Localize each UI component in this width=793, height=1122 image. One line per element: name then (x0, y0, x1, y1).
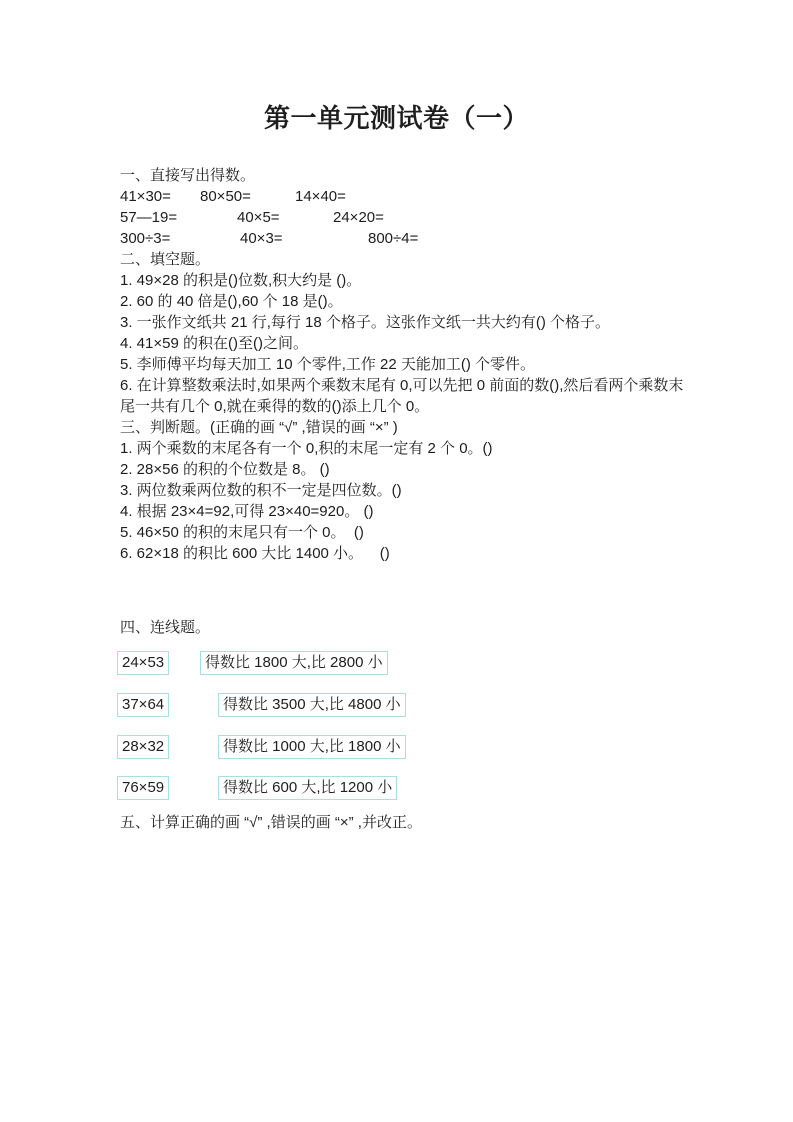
judge-item: 4. 根据 23×4=92,可得 23×40=920。 () (120, 501, 685, 522)
judge-item: 2. 28×56 的积的个位数是 8。 () (120, 459, 685, 480)
calc-expression: 800÷4= (368, 228, 418, 249)
page-title: 第一单元测试卷（一） (0, 98, 793, 135)
fill-blank-item: 2. 60 的 40 倍是(),60 个 18 是()。 (120, 291, 685, 312)
match-left-box[interactable]: 28×32 (117, 735, 169, 759)
section4-header: 四、连线题。 (120, 617, 210, 638)
section1-header: 一、直接写出得数。 (120, 165, 685, 186)
calc-expression: 57—19= (120, 207, 177, 228)
section2-header: 二、填空题。 (120, 249, 685, 270)
calc-expression: 24×20= (333, 207, 384, 228)
section5-header: 五、计算正确的画 “√” ,错误的画 “×” ,并改正。 (120, 812, 422, 833)
calc-expression: 40×5= (237, 207, 280, 228)
calc-row-1: 41×30= 80×50= 14×40= (120, 186, 685, 207)
judge-item: 1. 两个乘数的末尾各有一个 0,积的末尾一定有 2 个 0。() (120, 438, 685, 459)
match-right-box[interactable]: 得数比 1000 大,比 1800 小 (218, 735, 406, 759)
calc-expression: 41×30= (120, 186, 171, 207)
match-pair-row: 37×64 得数比 3500 大,比 4800 小 (117, 693, 737, 719)
judge-item: 3. 两位数乘两位数的积不一定是四位数。() (120, 480, 685, 501)
match-pair-row: 28×32 得数比 1000 大,比 1800 小 (117, 735, 737, 761)
calc-expression: 40×3= (240, 228, 283, 249)
fill-blank-item: 5. 李师傅平均每天加工 10 个零件,工作 22 天能加工() 个零件。 (120, 354, 685, 375)
match-left-box[interactable]: 37×64 (117, 693, 169, 717)
calc-row-2: 57—19= 40×5= 24×20= (120, 207, 685, 228)
calc-row-3: 300÷3= 40×3= 800÷4= (120, 228, 685, 249)
judge-item: 6. 62×18 的积比 600 大比 1400 小。 () (120, 543, 685, 564)
fill-blank-item: 4. 41×59 的积在()至()之间。 (120, 333, 685, 354)
fill-blank-item: 6. 在计算整数乘法时,如果两个乘数末尾有 0,可以先把 0 前面的数(),然后… (120, 375, 685, 417)
match-right-box[interactable]: 得数比 1800 大,比 2800 小 (200, 651, 388, 675)
calc-expression: 300÷3= (120, 228, 170, 249)
match-left-box[interactable]: 24×53 (117, 651, 169, 675)
match-right-box[interactable]: 得数比 3500 大,比 4800 小 (218, 693, 406, 717)
fill-blank-item: 3. 一张作文纸共 21 行,每行 18 个格子。这张作文纸一共大约有() 个格… (120, 312, 685, 333)
match-pair-row: 24×53 得数比 1800 大,比 2800 小 (117, 651, 737, 677)
calc-expression: 80×50= (200, 186, 251, 207)
match-right-box[interactable]: 得数比 600 大,比 1200 小 (218, 776, 397, 800)
section3-header: 三、判断题。(正确的画 “√” ,错误的画 “×” ) (120, 417, 685, 438)
worksheet-body: 一、直接写出得数。 41×30= 80×50= 14×40= 57—19= 40… (120, 165, 685, 564)
match-pair-row: 76×59 得数比 600 大,比 1200 小 (117, 776, 737, 802)
worksheet-page: 第一单元测试卷（一） 一、直接写出得数。 41×30= 80×50= 14×40… (0, 0, 793, 1122)
match-left-box[interactable]: 76×59 (117, 776, 169, 800)
judge-item: 5. 46×50 的积的末尾只有一个 0。 () (120, 522, 685, 543)
fill-blank-item: 1. 49×28 的积是()位数,积大约是 ()。 (120, 270, 685, 291)
calc-expression: 14×40= (295, 186, 346, 207)
